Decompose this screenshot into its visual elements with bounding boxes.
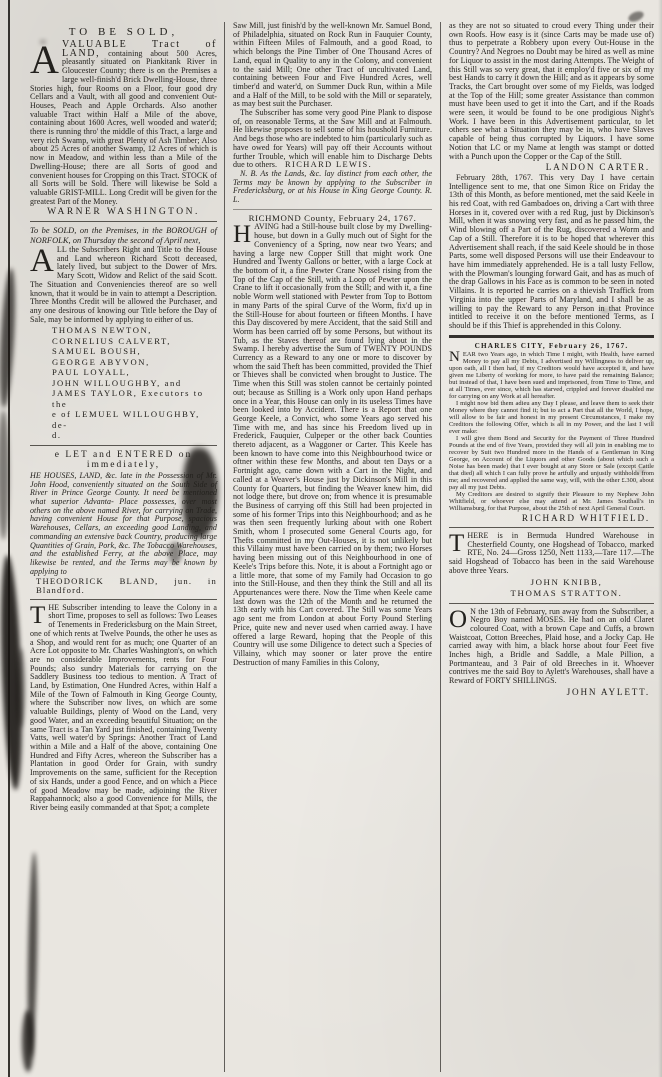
section-divider xyxy=(449,527,654,528)
column-2: Saw Mill, just finish'd by the well-know… xyxy=(224,22,440,1072)
page-tear-artifact xyxy=(16,648,25,728)
ad-body: I might now bid them adieu any Day I ple… xyxy=(449,400,654,435)
section-divider xyxy=(449,603,654,604)
ad-houses-to-let: e LET and ENTERED on immediately, HE HOU… xyxy=(30,450,217,595)
drop-cap: T xyxy=(30,604,48,626)
signature: RICHARD LEWIS. xyxy=(277,160,372,169)
heavy-divider xyxy=(449,335,654,338)
ad-body: My Creditors are desired to signify thei… xyxy=(449,491,654,512)
signature: LANDON CARTER. xyxy=(449,163,650,172)
column-layout: TO BE SOLD, AVALUABLE Tract of LAND, con… xyxy=(28,22,656,1072)
column-1: TO BE SOLD, AVALUABLE Tract of LAND, con… xyxy=(28,22,224,1072)
signature: THEODORICK BLAND, jun. in Blandford. xyxy=(30,577,217,594)
signature: WARNER WASHINGTON. xyxy=(30,208,217,217)
ad-runaway-moses: ON the 13th of February, run away from t… xyxy=(449,608,654,697)
ad-body: THERE is in Bermuda Hundred Warehouse in… xyxy=(449,532,654,576)
ad-postscript: February 28th, 1767. This very Day I hav… xyxy=(449,174,654,331)
ad-body: as they are not so situated to croud eve… xyxy=(449,22,654,161)
ad-body: AVALUABLE Tract of LAND, containing abou… xyxy=(30,41,217,206)
nota-bene: N. B. As the Lands, &c. lay distinct fro… xyxy=(233,170,432,205)
binding-edge-line xyxy=(8,0,10,1077)
ad-body: THE Subscriber intending to leave the Co… xyxy=(30,604,217,813)
section-divider xyxy=(30,445,217,446)
ad-body: HE HOUSES, LAND, &c. late in the Possess… xyxy=(30,472,217,576)
signature-list: JOHN KNIBB, THOMAS STRATTON. xyxy=(449,577,654,599)
ad-leave-colony-continued: Saw Mill, just finish'd by the well-know… xyxy=(233,22,432,205)
ad-still-theft: RICHMOND County, February 24, 1767. HAVI… xyxy=(233,214,432,668)
ad-body: ALL the Subscribers Right and Title to t… xyxy=(30,246,217,324)
section-divider xyxy=(233,209,432,210)
ad-body: ON the 13th of February, run away from t… xyxy=(449,608,654,686)
ad-body: NEAR two Years ago, in which Time I migh… xyxy=(449,351,654,400)
signature: JOHN AYLETT. xyxy=(449,688,650,697)
drop-cap: T xyxy=(449,532,467,554)
signature: RICHARD WHITFIELD. xyxy=(449,514,650,523)
drop-cap: O xyxy=(449,608,470,630)
ad-heading: CHARLES CITY, February 26, 1767. xyxy=(449,342,654,351)
ad-leave-colony: THE Subscriber intending to leave the Co… xyxy=(30,604,217,813)
ad-body: Saw Mill, just finish'd by the well-know… xyxy=(233,22,432,109)
ad-land-sale: TO BE SOLD, AVALUABLE Tract of LAND, con… xyxy=(30,26,217,217)
newspaper-page: TO BE SOLD, AVALUABLE Tract of LAND, con… xyxy=(0,0,662,1077)
ad-norfolk-sale: To be SOLD, on the Premises, in the BORO… xyxy=(30,226,217,441)
section-divider xyxy=(30,221,217,222)
drop-cap: N xyxy=(449,351,463,363)
ad-body: HAVING had a Still-house built close by … xyxy=(233,223,432,667)
drop-cap: A xyxy=(30,246,57,275)
ad-heading: To be SOLD, on the Premises, in the BORO… xyxy=(30,226,217,245)
ad-whitfield-offer: CHARLES CITY, February 26, 1767. NEAR tw… xyxy=(449,342,654,523)
ad-still-theft-continued: as they are not so situated to croud eve… xyxy=(449,22,654,331)
ad-tobacco-notice: THERE is in Bermuda Hundred Warehouse in… xyxy=(449,532,654,599)
ad-body: I will give them Bond and Security for t… xyxy=(449,435,654,491)
drop-cap: A xyxy=(30,41,62,76)
ad-heading: e LET and ENTERED on immediately, xyxy=(30,450,217,471)
page-tear-artifact xyxy=(0,268,18,408)
section-divider xyxy=(30,599,217,600)
column-3: as they are not so situated to croud eve… xyxy=(440,22,656,1072)
signature-list: THOMAS NEWTON, CORNELIUS CALVERT, SAMUEL… xyxy=(30,325,217,441)
ad-body: The Subscriber has some very good Pine P… xyxy=(233,109,432,170)
right-edge-shadow xyxy=(658,0,662,1077)
drop-cap: H xyxy=(233,223,254,245)
